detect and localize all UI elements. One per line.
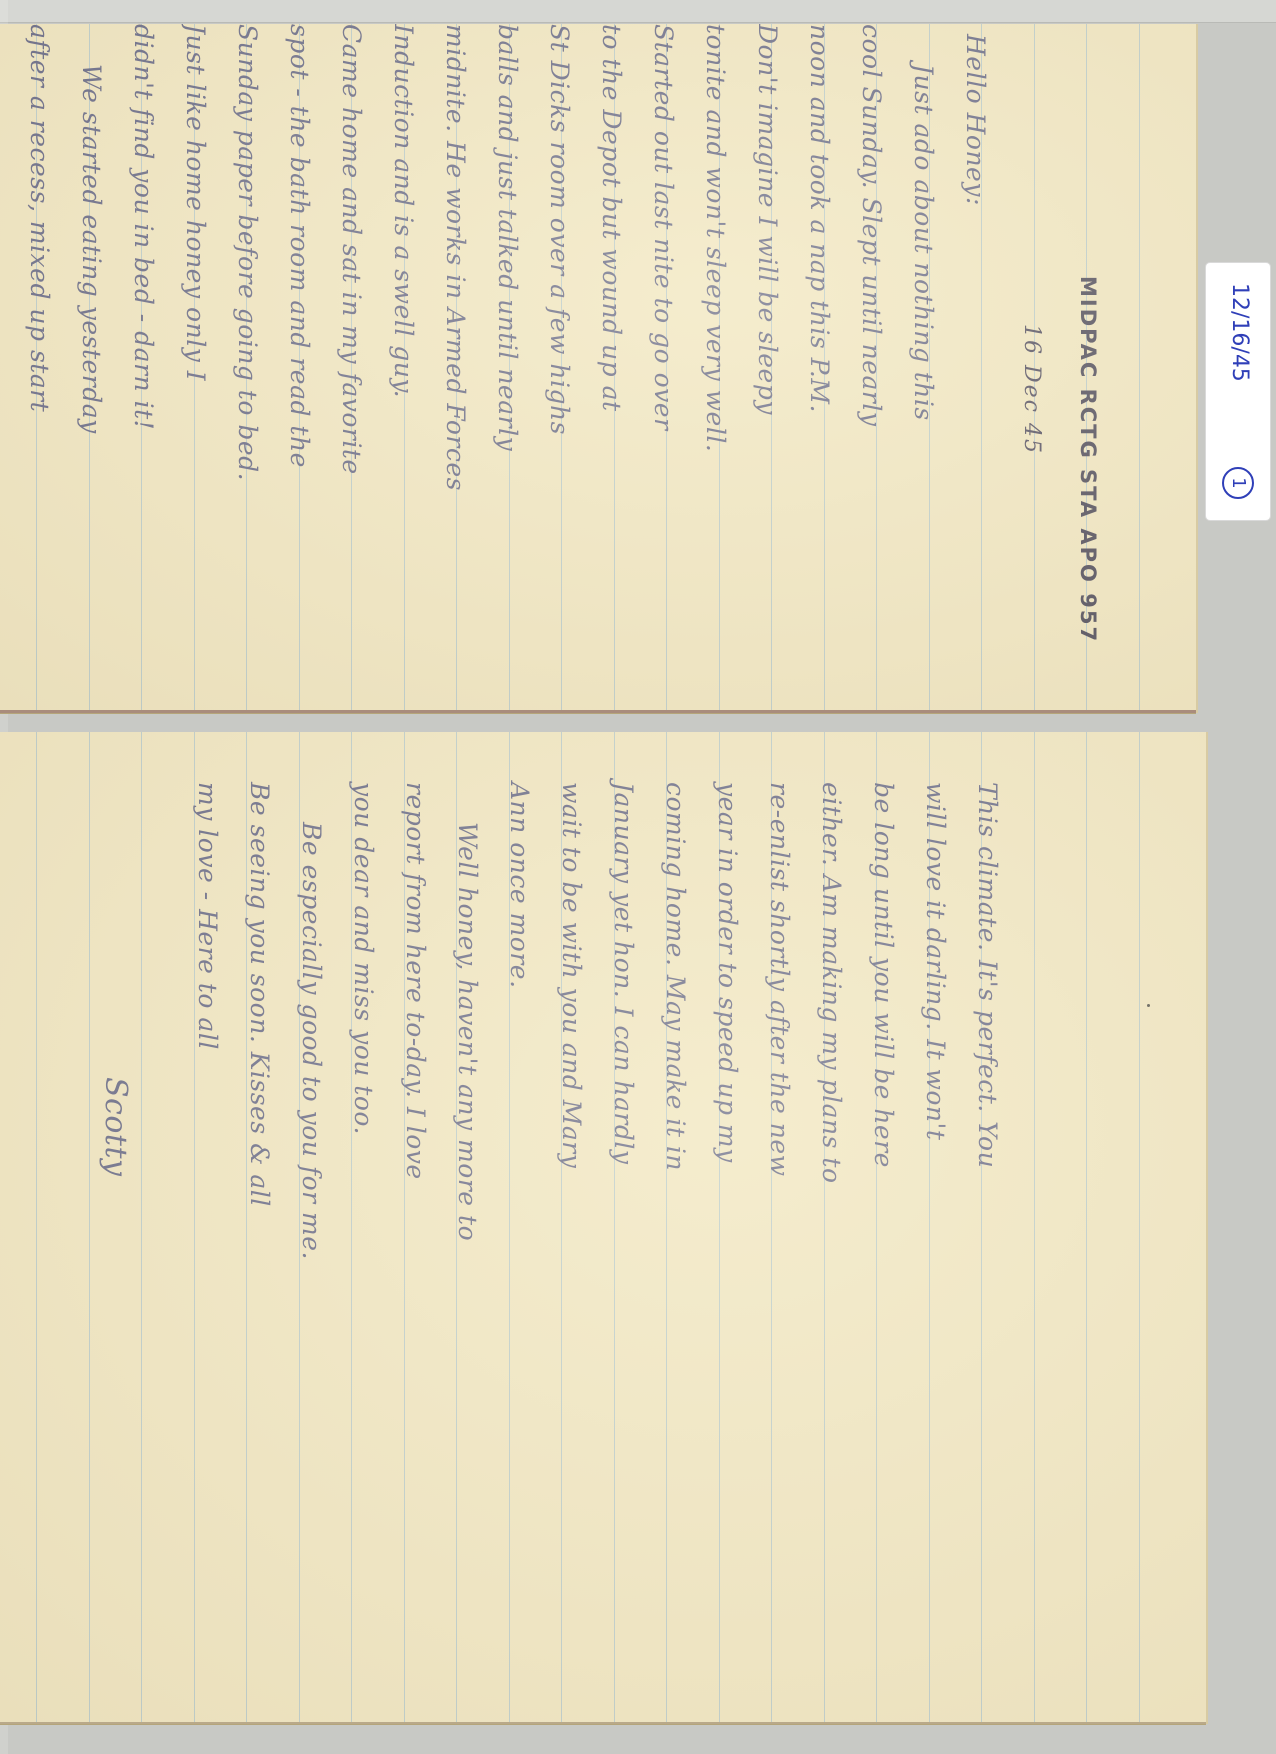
ruled-line bbox=[1034, 732, 1035, 1722]
letter-greeting: Hello Honey: bbox=[963, 34, 988, 206]
letter-signature: Scotty bbox=[100, 1077, 130, 1176]
letter-line: my love - Here to all bbox=[195, 782, 220, 1050]
letter-line: be long until you will be here bbox=[871, 782, 896, 1168]
letter-line: either. Am making my plans to bbox=[819, 782, 844, 1184]
label-page-number: 1 bbox=[1224, 469, 1252, 497]
ruled-line bbox=[36, 732, 37, 1722]
ruled-line bbox=[141, 732, 142, 1722]
letter-line: you dear and miss you too. bbox=[351, 782, 376, 1135]
letter-line: to the Depot but wound up at bbox=[599, 24, 624, 412]
letter-line: didn't find you in bed - darn it! bbox=[131, 24, 156, 430]
ruled-line bbox=[1139, 732, 1140, 1722]
letter-sheet-1: MIDPAC RCTG STA APO 957 16 Dec 45 Hello … bbox=[0, 24, 1196, 713]
letter-line: Induction and is a swell guy. bbox=[391, 24, 416, 398]
letter-line: Just like home honey only I bbox=[183, 24, 208, 381]
letter-line: coming home. May make it in bbox=[663, 782, 688, 1171]
ruled-line bbox=[89, 732, 90, 1722]
letter-line: midnite. He works in Armed Forces bbox=[443, 24, 468, 491]
letter-line: cool Sunday. Slept until nearly bbox=[859, 24, 884, 426]
ruled-line bbox=[1086, 732, 1087, 1722]
letter-line: report from here to-day. I love bbox=[403, 782, 428, 1180]
label-date: 12/16/45 bbox=[1227, 283, 1252, 382]
letter-line: will love it darling. It won't bbox=[923, 782, 948, 1140]
letter-header-address: MIDPAC RCTG STA APO 957 bbox=[1076, 276, 1100, 643]
letter-line: Don't imagine I will be sleepy bbox=[755, 24, 780, 415]
letter-line: re-enlist shortly after the new bbox=[767, 782, 792, 1177]
letter-line: Came home and sat in my favorite bbox=[339, 24, 364, 475]
letter-line: Be seeing you soon. Kisses & all bbox=[247, 782, 272, 1207]
letter-line: Started out last nite to go over bbox=[651, 24, 676, 431]
letter-line: noon and took a nap this P.M. bbox=[807, 24, 832, 413]
letter-line: tonite and won't sleep very well. bbox=[703, 24, 728, 452]
letter-line: We started eating yesterday bbox=[79, 64, 104, 434]
date-label-sticker: 12/16/45 1 bbox=[1206, 263, 1270, 520]
letter-line: spot - the bath room and read the bbox=[287, 24, 312, 468]
letter-line: January yet hon. I can hardly bbox=[611, 782, 636, 1164]
letter-line: year in order to speed up my bbox=[715, 782, 740, 1163]
letter-line: Well honey, haven't any more to bbox=[455, 822, 480, 1241]
letter-line: Sunday paper before going to bed. bbox=[235, 24, 260, 481]
letter-line: after a recess, mixed up start bbox=[27, 24, 52, 412]
letter-line: wait to be with you and Mary bbox=[559, 782, 584, 1168]
letter-line: Ann once more. bbox=[507, 782, 532, 989]
letter-line: St Dicks room over a few highs bbox=[547, 24, 572, 435]
letter-line: balls and just talked until nearly bbox=[495, 24, 520, 451]
letter-line: Be especially good to you for me. bbox=[299, 822, 324, 1260]
sleeve-top-edge bbox=[0, 0, 1276, 23]
letter-line: This climate. It's perfect. You bbox=[975, 782, 1000, 1168]
paper-speck bbox=[1147, 1004, 1150, 1007]
letter-date: 16 Dec 45 bbox=[1019, 324, 1044, 455]
letter-sheet-2: This climate. It's perfect. You will lov… bbox=[0, 732, 1206, 1724]
letter-line: Just ado about nothing this bbox=[911, 64, 936, 421]
ruled-line bbox=[1139, 24, 1140, 710]
page-number-circle: 1 bbox=[1222, 467, 1254, 499]
